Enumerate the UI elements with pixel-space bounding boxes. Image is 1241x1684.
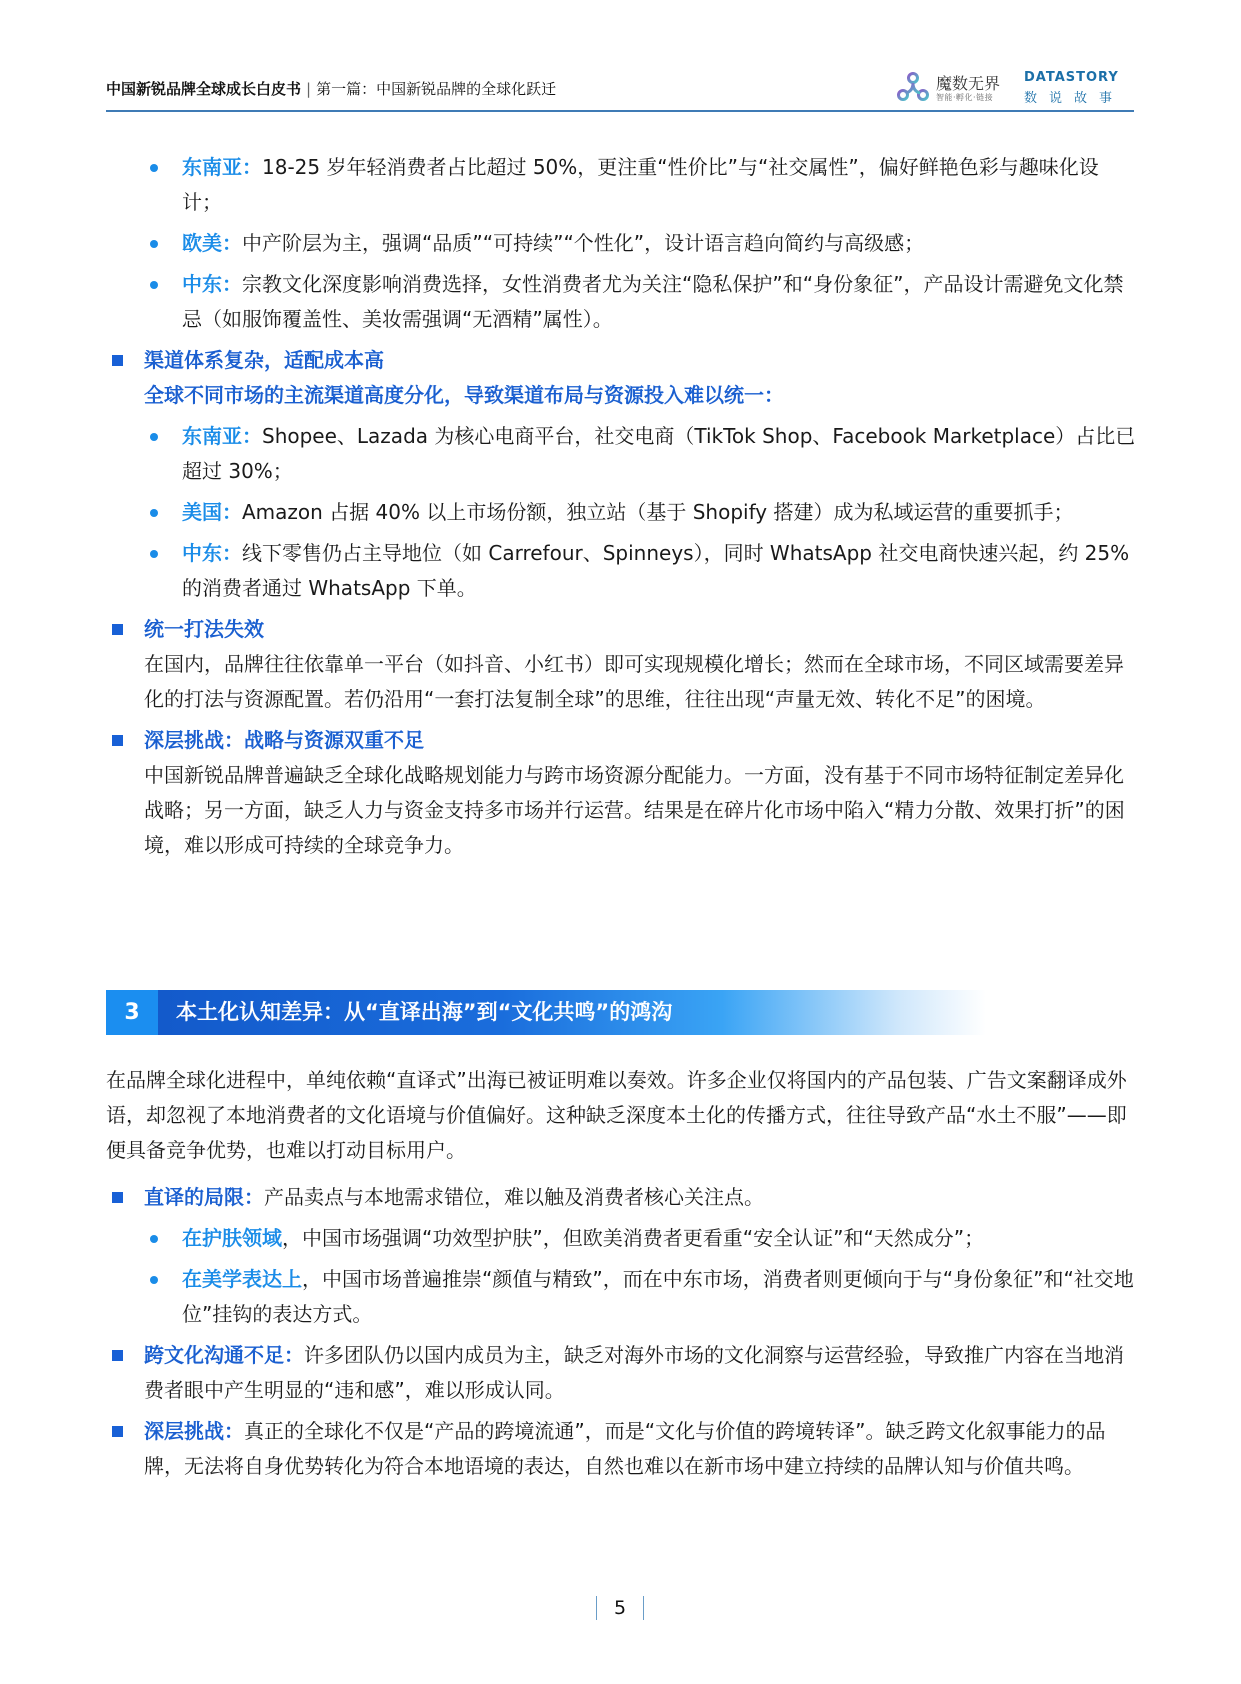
bullet-dot-icon	[150, 1276, 158, 1284]
page-header: 中国新锐品牌全球成长白皮书|第一篇：中国新锐品牌的全球化跃迁 魔数无界 智能·孵…	[106, 66, 1134, 112]
bullet-us-channel: 美国：Amazon 占据 40% 以上市场份额，独立站（基于 Shopify 搭…	[106, 495, 1136, 530]
square-bullet-icon	[112, 1426, 123, 1437]
bullet-sea-channel: 东南亚：Shopee、Lazada 为核心电商平台，社交电商（TikTok Sh…	[106, 419, 1136, 489]
bullet-dot-icon	[150, 164, 158, 172]
document-title: 中国新锐品牌全球成长白皮书|第一篇：中国新锐品牌的全球化跃迁	[106, 78, 556, 99]
bullet-aesthetics: 在美学表达上，中国市场普遍推崇“颜值与精致”，而在中东市场，消费者则更倾向于与“…	[106, 1262, 1136, 1332]
square-bullet-icon	[112, 1350, 123, 1361]
moshu-logo-icon	[896, 71, 930, 105]
bullet-dot-icon	[150, 281, 158, 289]
datastory-logo-zh: 数说故事	[1024, 87, 1134, 106]
unified-strategy-block: 统一打法失效在国内，品牌往往依靠单一平台（如抖音、小红书）即可实现规模化增长；然…	[106, 612, 1136, 717]
page-number: 5	[596, 1596, 644, 1620]
square-bullet-icon	[112, 355, 123, 366]
bullet-west-consumer: 欧美：中产阶层为主，强调“品质”“可持续”“个性化”，设计语言趋向简约与高级感；	[106, 226, 1136, 261]
chapter-title: 第一篇：中国新锐品牌的全球化跃迁	[316, 80, 556, 98]
section-number: 3	[106, 990, 158, 1035]
datastory-logo-en: DATASTORY	[1024, 70, 1134, 85]
bullet-me-channel: 中东：线下零售仍占主导地位（如 Carrefour、Spinneys），同时 W…	[106, 536, 1136, 606]
title-separator: |	[306, 80, 311, 98]
bullet-dot-icon	[150, 550, 158, 558]
section3-deep-block: 深层挑战：真正的全球化不仅是“产品的跨境流通”，而是“文化与价值的跨境转译”。缺…	[106, 1414, 1136, 1484]
square-bullet-icon	[112, 735, 123, 746]
deep-challenge-block: 深层挑战：战略与资源双重不足中国新锐品牌普遍缺乏全球化战略规划能力与跨市场资源分…	[106, 723, 1136, 863]
bullet-dot-icon	[150, 433, 158, 441]
literal-limit-block: 直译的局限：产品卖点与本地需求错位，难以触及消费者核心关注点。	[106, 1180, 1136, 1215]
section2-tail: 东南亚：18-25 岁年轻消费者占比超过 50%，更注重“性价比”与“社交属性”…	[106, 150, 1136, 869]
moshu-logo-name: 魔数无界	[936, 71, 1000, 94]
bullet-skincare: 在护肤领域，中国市场强调“功效型护肤”，但欧美消费者更看重“安全认证”和“天然成…	[106, 1221, 1136, 1256]
whitepaper-title: 中国新锐品牌全球成长白皮书	[106, 80, 301, 98]
bullet-dot-icon	[150, 1235, 158, 1243]
section-title: 本土化认知差异：从“直译出海”到“文化共鸣”的鸿沟	[176, 990, 672, 1035]
crosscultural-block: 跨文化沟通不足：许多团队仍以国内成员为主，缺乏对海外市场的文化洞察与运营经验，导…	[106, 1338, 1136, 1408]
datastory-logo: DATASTORY 数说故事	[1024, 70, 1134, 108]
bullet-dot-icon	[150, 509, 158, 517]
square-bullet-icon	[112, 624, 123, 635]
channel-heading: 渠道体系复杂，适配成本高全球不同市场的主流渠道高度分化，导致渠道布局与资源投入难…	[106, 343, 1136, 413]
section-3-heading: 3 本土化认知差异：从“直译出海”到“文化共鸣”的鸿沟	[106, 990, 986, 1035]
square-bullet-icon	[112, 1192, 123, 1203]
bullet-me-consumer: 中东：宗教文化深度影响消费选择，女性消费者尤为关注“隐私保护”和“身份象征”，产…	[106, 267, 1136, 337]
section3-body: 在品牌全球化进程中，单纯依赖“直译式”出海已被证明难以奏效。许多企业仅将国内的产…	[106, 1063, 1136, 1490]
bullet-sea-consumer: 东南亚：18-25 岁年轻消费者占比超过 50%，更注重“性价比”与“社交属性”…	[106, 150, 1136, 220]
bullet-dot-icon	[150, 240, 158, 248]
moshu-logo: 魔数无界 智能·孵化·链接	[896, 69, 1006, 107]
section3-intro: 在品牌全球化进程中，单纯依赖“直译式”出海已被证明难以奏效。许多企业仅将国内的产…	[106, 1063, 1136, 1168]
moshu-logo-tagline: 智能·孵化·链接	[936, 92, 993, 103]
